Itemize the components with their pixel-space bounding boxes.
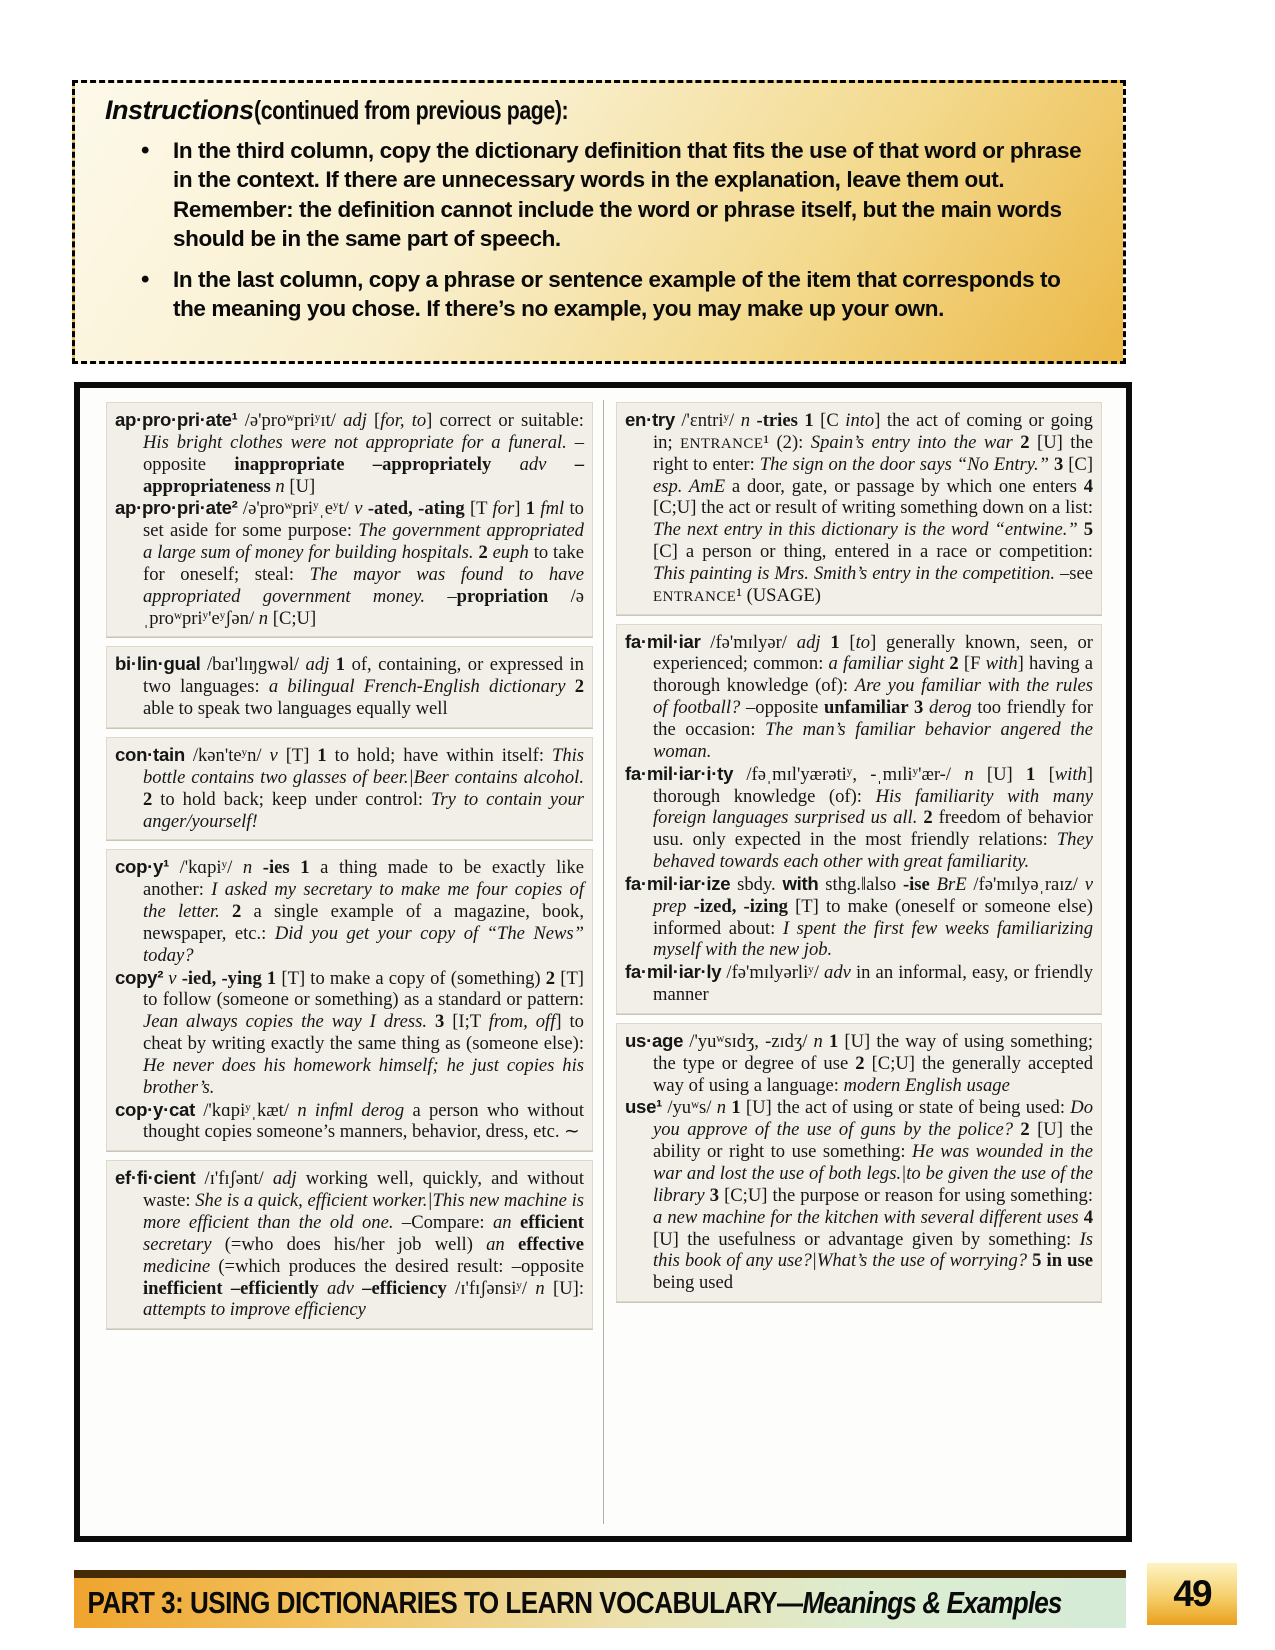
entry-text-run: 1 (1026, 764, 1049, 785)
entry-text-run: 4 (1084, 476, 1093, 497)
entry-text-run: efficient (520, 1212, 584, 1233)
entry-text-run: n infml derog (297, 1100, 412, 1121)
entry-text-run: [C;U] the act or result of writing somet… (653, 497, 1093, 518)
entry-text-run: n (741, 410, 757, 431)
entry-text-run: [U] the usefulness or advantage given by… (653, 1229, 1080, 1250)
dictionary-entry-appropriate-1: ap·pro·pri·ate¹ /ə'proʷpriʸɪt/ adj [for,… (115, 409, 584, 497)
entry-text-run: us·age (625, 1030, 683, 1051)
entry-text-run: medicine (143, 1256, 218, 1277)
entry-text-run: 3 (710, 1185, 724, 1206)
entry-text-run: [I;T (452, 1011, 489, 1032)
entry-text-run: –see (1060, 563, 1093, 584)
instructions-bullet: In the third column, copy the dictionary… (105, 136, 1093, 253)
entry-text-run: ¹ (2): (763, 432, 810, 453)
entry-text-run: sthg.‖also (819, 874, 903, 895)
entry-text-run: v (354, 498, 368, 519)
entry-text-run: -ated, -ating (368, 498, 470, 519)
entry-text-run: The sign on the door says “No Entry.” (760, 454, 1054, 475)
dictionary-panel: ap·pro·pri·ate¹ /ə'proʷpriʸɪt/ adj [for,… (74, 382, 1132, 1542)
entry-text-run: sbdy. (730, 874, 782, 895)
instructions-list: In the third column, copy the dictionary… (105, 136, 1093, 324)
entry-text-run: n (717, 1097, 732, 1118)
entry-text-run: adj (797, 632, 831, 653)
entry-text-run: -ized, -izing (694, 896, 796, 917)
entry-text-run: /kən'teʸn/ (185, 745, 270, 766)
dictionary-scan-strip: cop·y¹ /'kɑpiʸ/ n -ies 1 a thing made to… (106, 849, 593, 1151)
entry-text-run: Spain’s entry into the war (811, 432, 1020, 453)
entry-text-run: with (1055, 764, 1087, 785)
entry-text-run: 3 (1054, 454, 1068, 475)
entry-text-run: euph (493, 542, 534, 563)
entry-text-run: en·try (625, 409, 675, 430)
dictionary-entry-copy-1: cop·y¹ /'kɑpiʸ/ n -ies 1 a thing made to… (115, 856, 584, 966)
entry-text-run: [T] (286, 745, 318, 766)
entry-text-run: 2 (855, 1053, 871, 1074)
entry-text-run: with (783, 873, 819, 894)
entry-text-run: /fəˌmɪl'yærətiʸ, -ˌmɪliʸ'ær-/ (733, 764, 964, 785)
entry-text-run: – (447, 586, 456, 607)
entry-text-run: a new machine for the kitchen with sever… (653, 1207, 1084, 1228)
dictionary-entry-familiarly: fa·mil·iar·ly /fə'mɪlyərliʸ/ adv in an i… (625, 961, 1093, 1006)
entry-text-run: [U] the act of using or state of being u… (746, 1097, 1070, 1118)
entry-text-run: an (486, 1234, 518, 1255)
entry-text-run: [F (964, 653, 986, 674)
entry-text-run: able to speak two languages equally well (143, 698, 448, 719)
entry-text-run: from, off (489, 1011, 556, 1032)
entry-text-run: /'kɑpiʸˌkæt/ (195, 1100, 297, 1121)
dictionary-entry-appropriate-2: ap·pro·pri·ate² /ə'proʷpriʸˌeʸt/ v -ated… (115, 497, 584, 629)
entry-text-run: ENTRANCE (680, 436, 763, 452)
entry-text-run: 5 in use (1032, 1250, 1093, 1271)
entry-text-run: n (275, 476, 289, 497)
entry-text-run: n (964, 764, 987, 785)
entry-text-run: 2 (232, 901, 254, 922)
footer-part-label: PART 3: USING DICTIONARIES TO LEARN VOCA… (87, 1585, 802, 1620)
entry-text-run: [C (820, 410, 845, 431)
dictionary-entry-familiar: fa·mil·iar /fə'mɪlyər/ adj 1 [to] genera… (625, 631, 1093, 763)
entry-text-run: v (168, 968, 181, 989)
entry-text-run: 1 (731, 1097, 746, 1118)
entry-text-run: v (270, 745, 286, 766)
page-number-badge: 49 (1147, 1563, 1237, 1625)
entry-text-run: The next entry in this dictionary is the… (653, 519, 1084, 540)
entry-text-run: [T (470, 498, 493, 519)
entry-text-run: Jean always copies the way I dress. (143, 1011, 435, 1032)
entry-text-run: -ied, -ying 1 (182, 968, 282, 989)
entry-text-run: 1 (830, 632, 849, 653)
entry-text-run: fml (540, 498, 569, 519)
entry-text-run: ] correct or suitable: (426, 410, 584, 431)
entry-text-run: /fə'mɪlyəˌraɪz/ (973, 874, 1084, 895)
footer-bar: PART 3: USING DICTIONARIES TO LEARN VOCA… (74, 1570, 1126, 1628)
entry-text-run: fa·mil·iar·ize (625, 873, 730, 894)
entry-text-run: ef·fi·cient (115, 1167, 195, 1188)
entry-text-run: /'kɑpiʸ/ (169, 857, 243, 878)
entry-text-run: cop·y·cat (115, 1099, 195, 1120)
entry-text-run: adj (306, 654, 336, 675)
entry-text-run: /baɪ'lɪŋgwəl/ (201, 654, 306, 675)
entry-text-run: –efficiency (362, 1278, 455, 1299)
dictionary-scan-strip: us·age /'yuʷsɪdʒ, -zɪdʒ/ n 1 [U] the way… (616, 1023, 1102, 1302)
entry-text-run: effective (518, 1234, 584, 1255)
entry-text-run: /'yuʷsɪdʒ, -zɪdʒ/ (683, 1031, 813, 1052)
entry-text-run: use¹ (625, 1096, 662, 1117)
entry-text-run: 2 (143, 789, 160, 810)
entry-text-run: esp. AmE (653, 476, 732, 497)
dictionary-entry-bilingual: bi·lin·gual /baɪ'lɪŋgwəl/ adj 1 of, cont… (115, 653, 584, 720)
entry-text-run: 1 (317, 745, 334, 766)
dictionary-scan-strip: fa·mil·iar /fə'mɪlyər/ adj 1 [to] genera… (616, 624, 1102, 1014)
dictionary-entry-usage: us·age /'yuʷsɪdʒ, -zɪdʒ/ n 1 [U] the way… (625, 1030, 1093, 1097)
entry-text-run: for (493, 498, 515, 519)
entry-text-run: -ies 1 (263, 857, 320, 878)
entry-text-run: n (243, 857, 263, 878)
dictionary-scan-strip: con·tain /kən'teʸn/ v [T] 1 to hold; hav… (106, 737, 593, 840)
entry-text-run: adj (343, 410, 374, 431)
entry-text-run: /fə'mɪlyərliʸ/ (721, 962, 824, 983)
entry-text-run: /'ɛntriʸ/ (675, 410, 741, 431)
entry-text-run: con·tain (115, 744, 185, 765)
entry-text-run: [C;U] (273, 608, 316, 629)
entry-text-run: fa·mil·iar·ly (625, 961, 721, 982)
entry-text-run: 2 (923, 807, 938, 828)
entry-text-run: 2 (1020, 1119, 1037, 1140)
entry-text-run: 1 (336, 654, 352, 675)
entry-text-run: His bright clothes were not appropriate … (143, 432, 567, 453)
entry-text-run: n (814, 1031, 829, 1052)
entry-text-run: ap·pro·pri·ate² (115, 497, 238, 518)
entry-text-run: –opposite (746, 697, 824, 718)
entry-text-run: /ɪ'fɪʃənt/ (195, 1168, 272, 1189)
entry-text-run: -tries 1 (757, 410, 821, 431)
entry-text-run: to hold; have within itself: (335, 745, 552, 766)
entry-text-run: (=who does his/her job well) (225, 1234, 486, 1255)
entry-text-run: adv (327, 1278, 362, 1299)
entry-text-run: n (259, 608, 273, 629)
dictionary-entry-familiarize: fa·mil·iar·ize sbdy. with sthg.‖also -is… (625, 873, 1093, 961)
entry-text-run: ¹ (USAGE) (736, 585, 821, 606)
entry-text-run: n (535, 1278, 553, 1299)
entry-text-run: 1 (526, 498, 541, 519)
entry-text-run: 2 (1020, 432, 1037, 453)
entry-text-run: to (856, 632, 870, 653)
entry-text-run: He never does his homework himself; he j… (143, 1055, 584, 1098)
dictionary-entry-use-1: use¹ /yuʷs/ n 1 [U] the act of using or … (625, 1096, 1093, 1294)
entry-text-run: ENTRANCE (653, 589, 736, 605)
footer-subtitle: Meanings & Examples (803, 1585, 1062, 1620)
entry-text-run: inefficient –efficiently (143, 1278, 327, 1299)
footer-title: PART 3: USING DICTIONARIES TO LEARN VOCA… (74, 1585, 1062, 1621)
entry-text-run: 1 (829, 1031, 844, 1052)
entry-text-run: fa·mil·iar (625, 631, 701, 652)
entry-text-run: attempts to improve efficiency (143, 1299, 366, 1320)
entry-text-run: [U]: (553, 1278, 584, 1299)
dictionary-scan-strip: ef·fi·cient /ɪ'fɪʃənt/ adj working well,… (106, 1160, 593, 1329)
dictionary-entry-copycat: cop·y·cat /'kɑpiʸˌkæt/ n infml derog a p… (115, 1099, 584, 1144)
entry-text-run: /fə'mɪlyər/ (701, 632, 797, 653)
instructions-title: Instructions (continued from previous pa… (105, 95, 1093, 126)
entry-text-run: copy² (115, 967, 163, 988)
entry-text-run: inappropriate –appropriately (234, 454, 519, 475)
entry-text-run: 2 (478, 542, 492, 563)
dictionary-entry-familiarity: fa·mil·iar·i·ty /fəˌmɪl'yærətiʸ, -ˌmɪliʸ… (625, 763, 1093, 873)
entry-text-run: being used (653, 1272, 733, 1293)
entry-text-run: adj (273, 1168, 306, 1189)
entry-text-run: fa·mil·iar·i·ty (625, 763, 733, 784)
entry-text-run: 2 (575, 676, 584, 697)
dictionary-scan-strip: en·try /'ɛntriʸ/ n -tries 1 [C into] the… (616, 402, 1102, 615)
dictionary-column-left: ap·pro·pri·ate¹ /ə'proʷpriʸɪt/ adj [for,… (94, 400, 603, 1524)
instructions-bullet: In the last column, copy a phrase or sen… (105, 265, 1093, 324)
entry-text-run: –Compare: (402, 1212, 493, 1233)
entry-text-run: propriation (457, 586, 571, 607)
entry-text-run: ap·pro·pri·ate¹ (115, 409, 238, 430)
entry-text-run: adv (824, 962, 856, 983)
entry-text-run: /ə'proʷpriʸɪt/ (238, 410, 344, 431)
entry-text-run: to hold back; keep under control: (160, 789, 431, 810)
entry-text-run: adv (520, 454, 575, 475)
entry-text-run: 5 (1084, 519, 1093, 540)
entry-text-run: [C;U] the purpose or reason for using so… (724, 1185, 1093, 1206)
dictionary-entry-efficient: ef·fi·cient /ɪ'fɪʃənt/ adj working well,… (115, 1167, 584, 1321)
entry-text-run: [C] a person or thing, entered in a race… (653, 541, 1093, 562)
entry-text-run: [U] (987, 764, 1026, 785)
entry-text-run: -ise (903, 874, 937, 895)
entry-text-run: a familiar sight (829, 653, 950, 674)
dictionary-scan-strip: bi·lin·gual /baɪ'lɪŋgwəl/ adj 1 of, cont… (106, 646, 593, 728)
entry-text-run: with (986, 653, 1018, 674)
instructions-box: Instructions (continued from previous pa… (72, 80, 1126, 364)
entry-text-run: [T] to make a copy of (something) (281, 968, 545, 989)
entry-text-run: derog (929, 697, 977, 718)
entry-text-run: 2 (949, 653, 963, 674)
entry-text-run: /ə'proʷpriʸˌeʸt/ (238, 498, 355, 519)
dictionary-scan-strip: ap·pro·pri·ate¹ /ə'proʷpriʸɪt/ adj [for,… (106, 402, 593, 637)
entry-text-run: a door, gate, or passage by which one en… (732, 476, 1084, 497)
entry-text-run: (=which produces the desired result: –op… (218, 1256, 584, 1277)
entry-text-run: BrE (937, 874, 974, 895)
dictionary-entry-copy-2: copy² v -ied, -ying 1 [T] to make a copy… (115, 967, 584, 1099)
entry-text-run: bi·lin·gual (115, 653, 201, 674)
entry-text-run: 2 (546, 968, 560, 989)
entry-text-run: This painting is Mrs. Smith’s entry in t… (653, 563, 1060, 584)
instructions-title-continued: (continued from previous page): (254, 95, 568, 126)
entry-text-run: /yuʷs/ (662, 1097, 717, 1118)
dictionary-entry-entry: en·try /'ɛntriʸ/ n -tries 1 [C into] the… (625, 409, 1093, 607)
entry-text-run: /ɪ'fɪʃənsiʸ/ (455, 1278, 535, 1299)
entry-text-run: an (493, 1212, 520, 1233)
entry-text-run: 3 (435, 1011, 452, 1032)
entry-text-run: cop·y¹ (115, 856, 169, 877)
entry-text-run: 4 (1084, 1207, 1093, 1228)
entry-text-run: [U] (289, 476, 315, 497)
workbook-page: { "colors": { "instructions_gradient_sta… (0, 0, 1275, 1650)
entry-text-run: into (845, 410, 874, 431)
entry-text-run: modern English usage (844, 1075, 1010, 1096)
entry-text-run: secretary (143, 1234, 225, 1255)
entry-text-run: ] (514, 498, 526, 519)
entry-text-run: for, to (380, 410, 426, 431)
instructions-title-word: Instructions (105, 95, 254, 125)
dictionary-column-right: en·try /'ɛntriʸ/ n -tries 1 [C into] the… (603, 400, 1112, 1524)
dictionary-entry-contain: con·tain /kən'teʸn/ v [T] 1 to hold; hav… (115, 744, 584, 832)
entry-text-run: [C] (1068, 454, 1093, 475)
entry-text-run: a bilingual French-English dictionary (269, 676, 575, 697)
entry-text-run: unfamiliar 3 (824, 697, 929, 718)
